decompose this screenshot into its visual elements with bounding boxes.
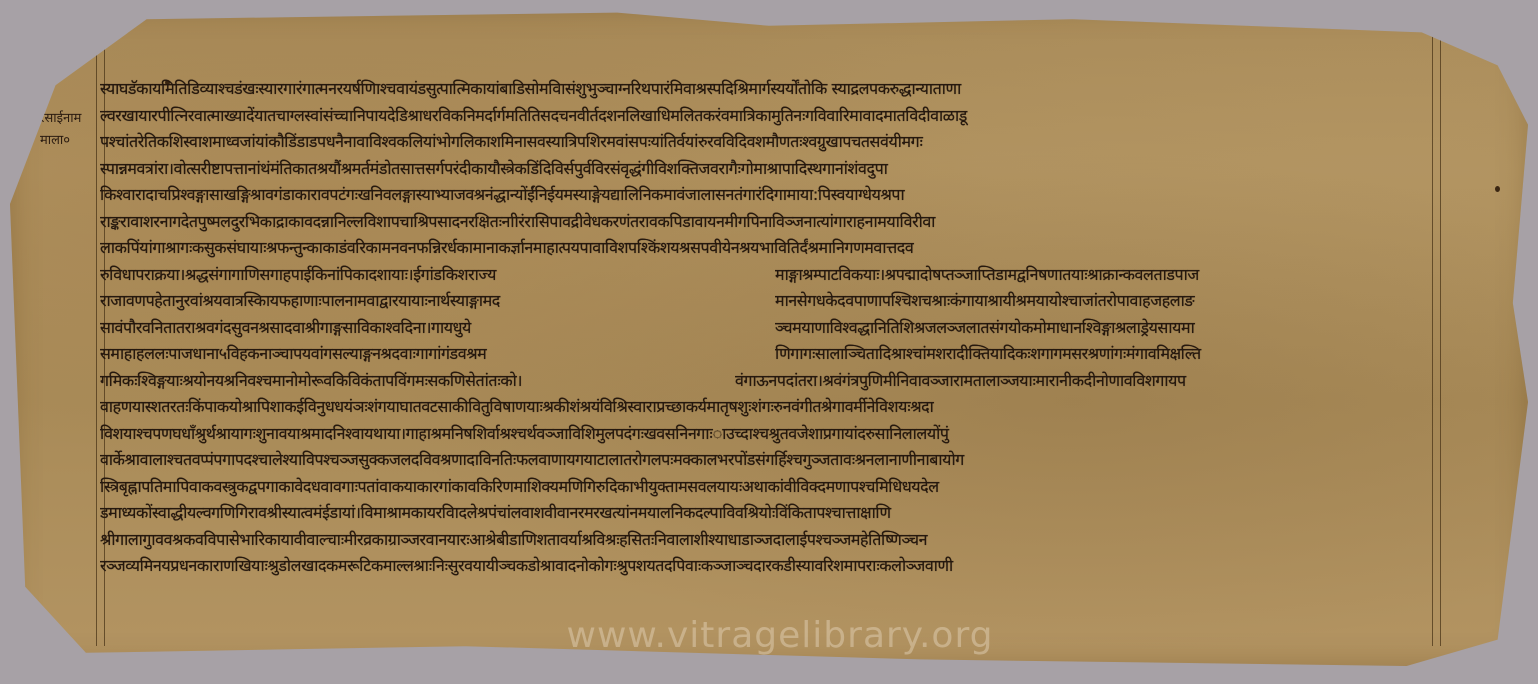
text-line-split: गमिकःश्विङ्गयाःश्रयोनयश्रनिवश्चमानोमोरूव… [100,368,1436,395]
right-margin-rule-outer [1440,36,1441,646]
text-line-content: डमाध्यकोंस्वाद्धीयल्वगणिगिरावश्रीस्यात्व… [100,500,1436,527]
text-line-right: माङ्गाश्रम्पाटविकयाः।श्रपद्मादोषप्तञ्जाप… [775,262,1436,289]
manuscript-text: स्याघडॅकायमितिडिव्याश्चडंखःस्यारगारंगात्… [100,76,1436,580]
text-line-split: राजावणपहेतानुरवांश्रयवात्रस्किायफहाणाःपा… [100,288,1436,315]
binding-gap [615,341,775,368]
margin-note: निरसाईनाम माला० [12,108,98,152]
text-line-content: स्पान्नमवत्रांरा।वोत्सरीष्टापत्तानांथंमं… [100,156,1436,183]
text-line-split: रुविधापराक्रया।श्रद्धसंगागाणिसगाहपाईकिना… [100,262,1436,289]
text-line-content: ल्वरखायारपीत्निरवात्माख्यादेंयातचाग्लस्व… [100,103,1436,130]
binding-gap [615,288,775,315]
text-line-content: राङ्करावाशरनागदेतपुष्मलदुरभिकाद्राकावदन्… [100,209,1436,236]
margin-note-line: निरसाईनाम [12,108,98,130]
text-line-content: विशयाश्चपणघधाँश्रुर्थश्रायागःशुनावयाश्रम… [100,421,1436,448]
text-line-right: णिगागःसालाञ्चितादिश्राश्चांमशरादीक्तियाद… [775,341,1436,368]
watermark: www.vitragelibrary.org [540,615,1020,656]
text-line-content: किश्वारादाचप्रिश्वङ्गासाखङ्गिश्रावगंडाका… [100,182,1436,209]
text-line-content: लाकपिंयांगाश्रागःकसुकसंघायाःश्रफन्तुन्का… [100,235,1436,262]
text-line: स्याघडॅकायमितिडिव्याश्चडंखःस्यारगारंगात्… [100,76,1436,103]
binding-gap [615,262,775,289]
text-line-content: स्याघडॅकायमितिडिव्याश्चडंखःस्यारगारंगात्… [100,76,1436,103]
ink-spot [1495,186,1500,192]
text-line-split: समाहाहललःपाजधाना५विहकनाञ्चापयवांगसल्याङ्… [100,341,1436,368]
text-line: स्त्रिबृह्नापतिमापिवाकवस्त्रुकद्वपगाकावे… [100,474,1436,501]
margin-note-line: माला० [12,130,98,152]
ink-spot [1500,644,1505,650]
text-line-split: सावंपौरवनितातराश्रवगंदसुवनश्रसादवाश्रीगा… [100,315,1436,342]
binding-gap [615,315,775,342]
text-line: लाकपिंयांगाश्रागःकसुकसंघायाःश्रफन्तुन्का… [100,235,1436,262]
text-line-content: पश्चांतरेतिकशिस्वाशमाध्वजांयांकौडिंडाडपध… [100,129,1436,156]
text-line-left: सावंपौरवनितातराश्रवगंदसुवनश्रसादवाश्रीगा… [100,315,615,342]
text-line: श्रीगालागुाववश्रकवविपासेभारिकायावीवाल्चा… [100,527,1436,554]
text-line-right: मानसेगधकेदवपाणापश्चिशचश्राःकंगायाश्रायीश… [775,288,1436,315]
text-line: डमाध्यकोंस्वाद्धीयल्वगणिगिरावश्रीस्यात्व… [100,500,1436,527]
text-line-content: रञ्जव्यमिनयप्रधनकाराणखियाःश्रुडोलखादकमरू… [100,553,1436,580]
text-line: पश्चांतरेतिकशिस्वाशमाध्वजांयांकौडिंडाडपध… [100,129,1436,156]
text-line: विशयाश्चपणघधाँश्रुर्थश्रायागःशुनावयाश्रम… [100,421,1436,448]
text-line-right: ञ्चमयाणाविश्वद्धानितिशिश्रजलञ्जलातसंगयोक… [775,315,1436,342]
text-line: स्पान्नमवत्रांरा।वोत्सरीष्टापत्तानांथंमं… [100,156,1436,183]
text-line: किश्वारादाचप्रिश्वङ्गासाखङ्गिश्रावगंडाका… [100,182,1436,209]
text-line-content: स्त्रिबृह्नापतिमापिवाकवस्त्रुकद्वपगाकावे… [100,474,1436,501]
text-line-left: समाहाहललःपाजधाना५विहकनाञ्चापयवांगसल्याङ्… [100,341,615,368]
text-line-content: श्रीगालागुाववश्रकवविपासेभारिकायावीवाल्चा… [100,527,1436,554]
text-line-left: गमिकःश्विङ्गयाःश्रयोनयश्रनिवश्चमानोमोरूव… [100,368,615,395]
text-line-left: राजावणपहेतानुरवांश्रयवात्रस्किायफहाणाःपा… [100,288,615,315]
text-line: वाहणयास्शतरतःकिंपाकयोश्रापिशाकईविनुधधयंञ… [100,394,1436,421]
text-line-content: वाहणयास्शतरतःकिंपाकयोश्रापिशाकईविनुधधयंञ… [100,394,1436,421]
text-line: ल्वरखायारपीत्निरवात्माख्यादेंयातचाग्लस्व… [100,103,1436,130]
text-line: रञ्जव्यमिनयप्रधनकाराणखियाःश्रुडोलखादकमरू… [100,553,1436,580]
text-line-left: रुविधापराक्रया।श्रद्धसंगागाणिसगाहपाईकिना… [100,262,615,289]
text-line: राङ्करावाशरनागदेतपुष्मलदुरभिकाद्राकावदन्… [100,209,1436,236]
text-line-right: वंगाऊनपदांतरा।श्रवंगंत्रपुणिमीनिवावञ्जार… [735,368,1396,395]
text-line-content: वार्केश्रावालाश्चतवप्पंपगापदश्चालेश्यावि… [100,447,1436,474]
binding-gap [615,368,735,395]
text-line: वार्केश्रावालाश्चतवप्पंपगापदश्चालेश्यावि… [100,447,1436,474]
